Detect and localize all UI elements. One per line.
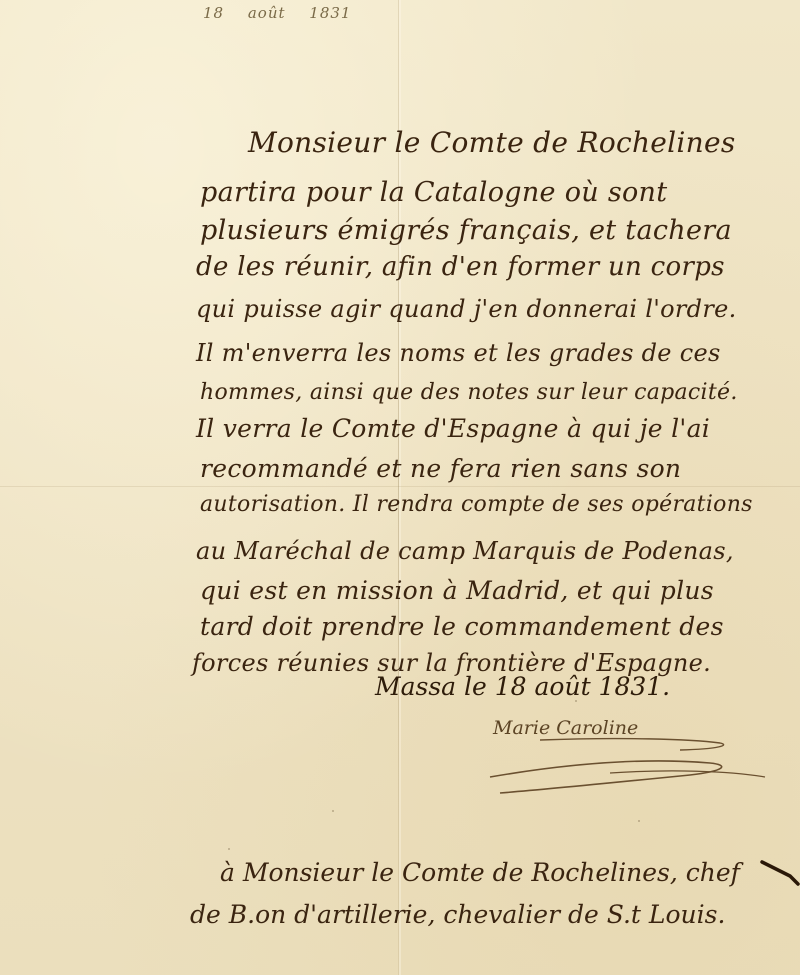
signature-flourish — [480, 735, 770, 795]
paper-speck — [228, 848, 230, 850]
paper-speck — [638, 820, 640, 822]
letter-line: partira pour la Catalogne où sont — [200, 178, 667, 208]
letter-line: qui puisse agir quand j'en donnerai l'or… — [196, 294, 737, 324]
letter-line: tard doit prendre le commandement des — [200, 612, 724, 642]
letter-page: 18 août 1831 Monsieur le Comte de Rochel… — [0, 0, 800, 975]
letter-line: au Maréchal de camp Marquis de Podenas, — [196, 536, 734, 566]
letter-line: Monsieur le Comte de Rochelines — [248, 128, 736, 158]
letter-line: qui est en mission à Madrid, et qui plus — [200, 576, 714, 606]
address-line: à Monsieur le Comte de Rochelines, chef — [220, 858, 740, 888]
letter-line: plusieurs émigrés français, et tachera — [200, 216, 732, 246]
letter-line: Il verra le Comte d'Espagne à qui je l'a… — [196, 414, 710, 444]
address-line: de B.on d'artillerie, chevalier de S.t L… — [190, 900, 725, 930]
letter-line: hommes, ainsi que des notes sur leur cap… — [200, 378, 738, 408]
place-and-date: Massa le 18 août 1831. — [375, 672, 670, 701]
letter-line: de les réunir, afin d'en former un corps — [196, 252, 725, 282]
letter-line: autorisation. Il rendra compte de ses op… — [200, 490, 753, 520]
horizontal-fold-line — [0, 486, 800, 487]
letter-line: recommandé et ne fera rien sans son — [200, 454, 681, 484]
pencil-date-note: 18 août 1831 — [203, 4, 351, 22]
paper-speck — [332, 810, 334, 812]
letter-line: Il m'enverra les noms et les grades de c… — [196, 338, 721, 368]
ink-stroke-mark — [760, 858, 800, 888]
